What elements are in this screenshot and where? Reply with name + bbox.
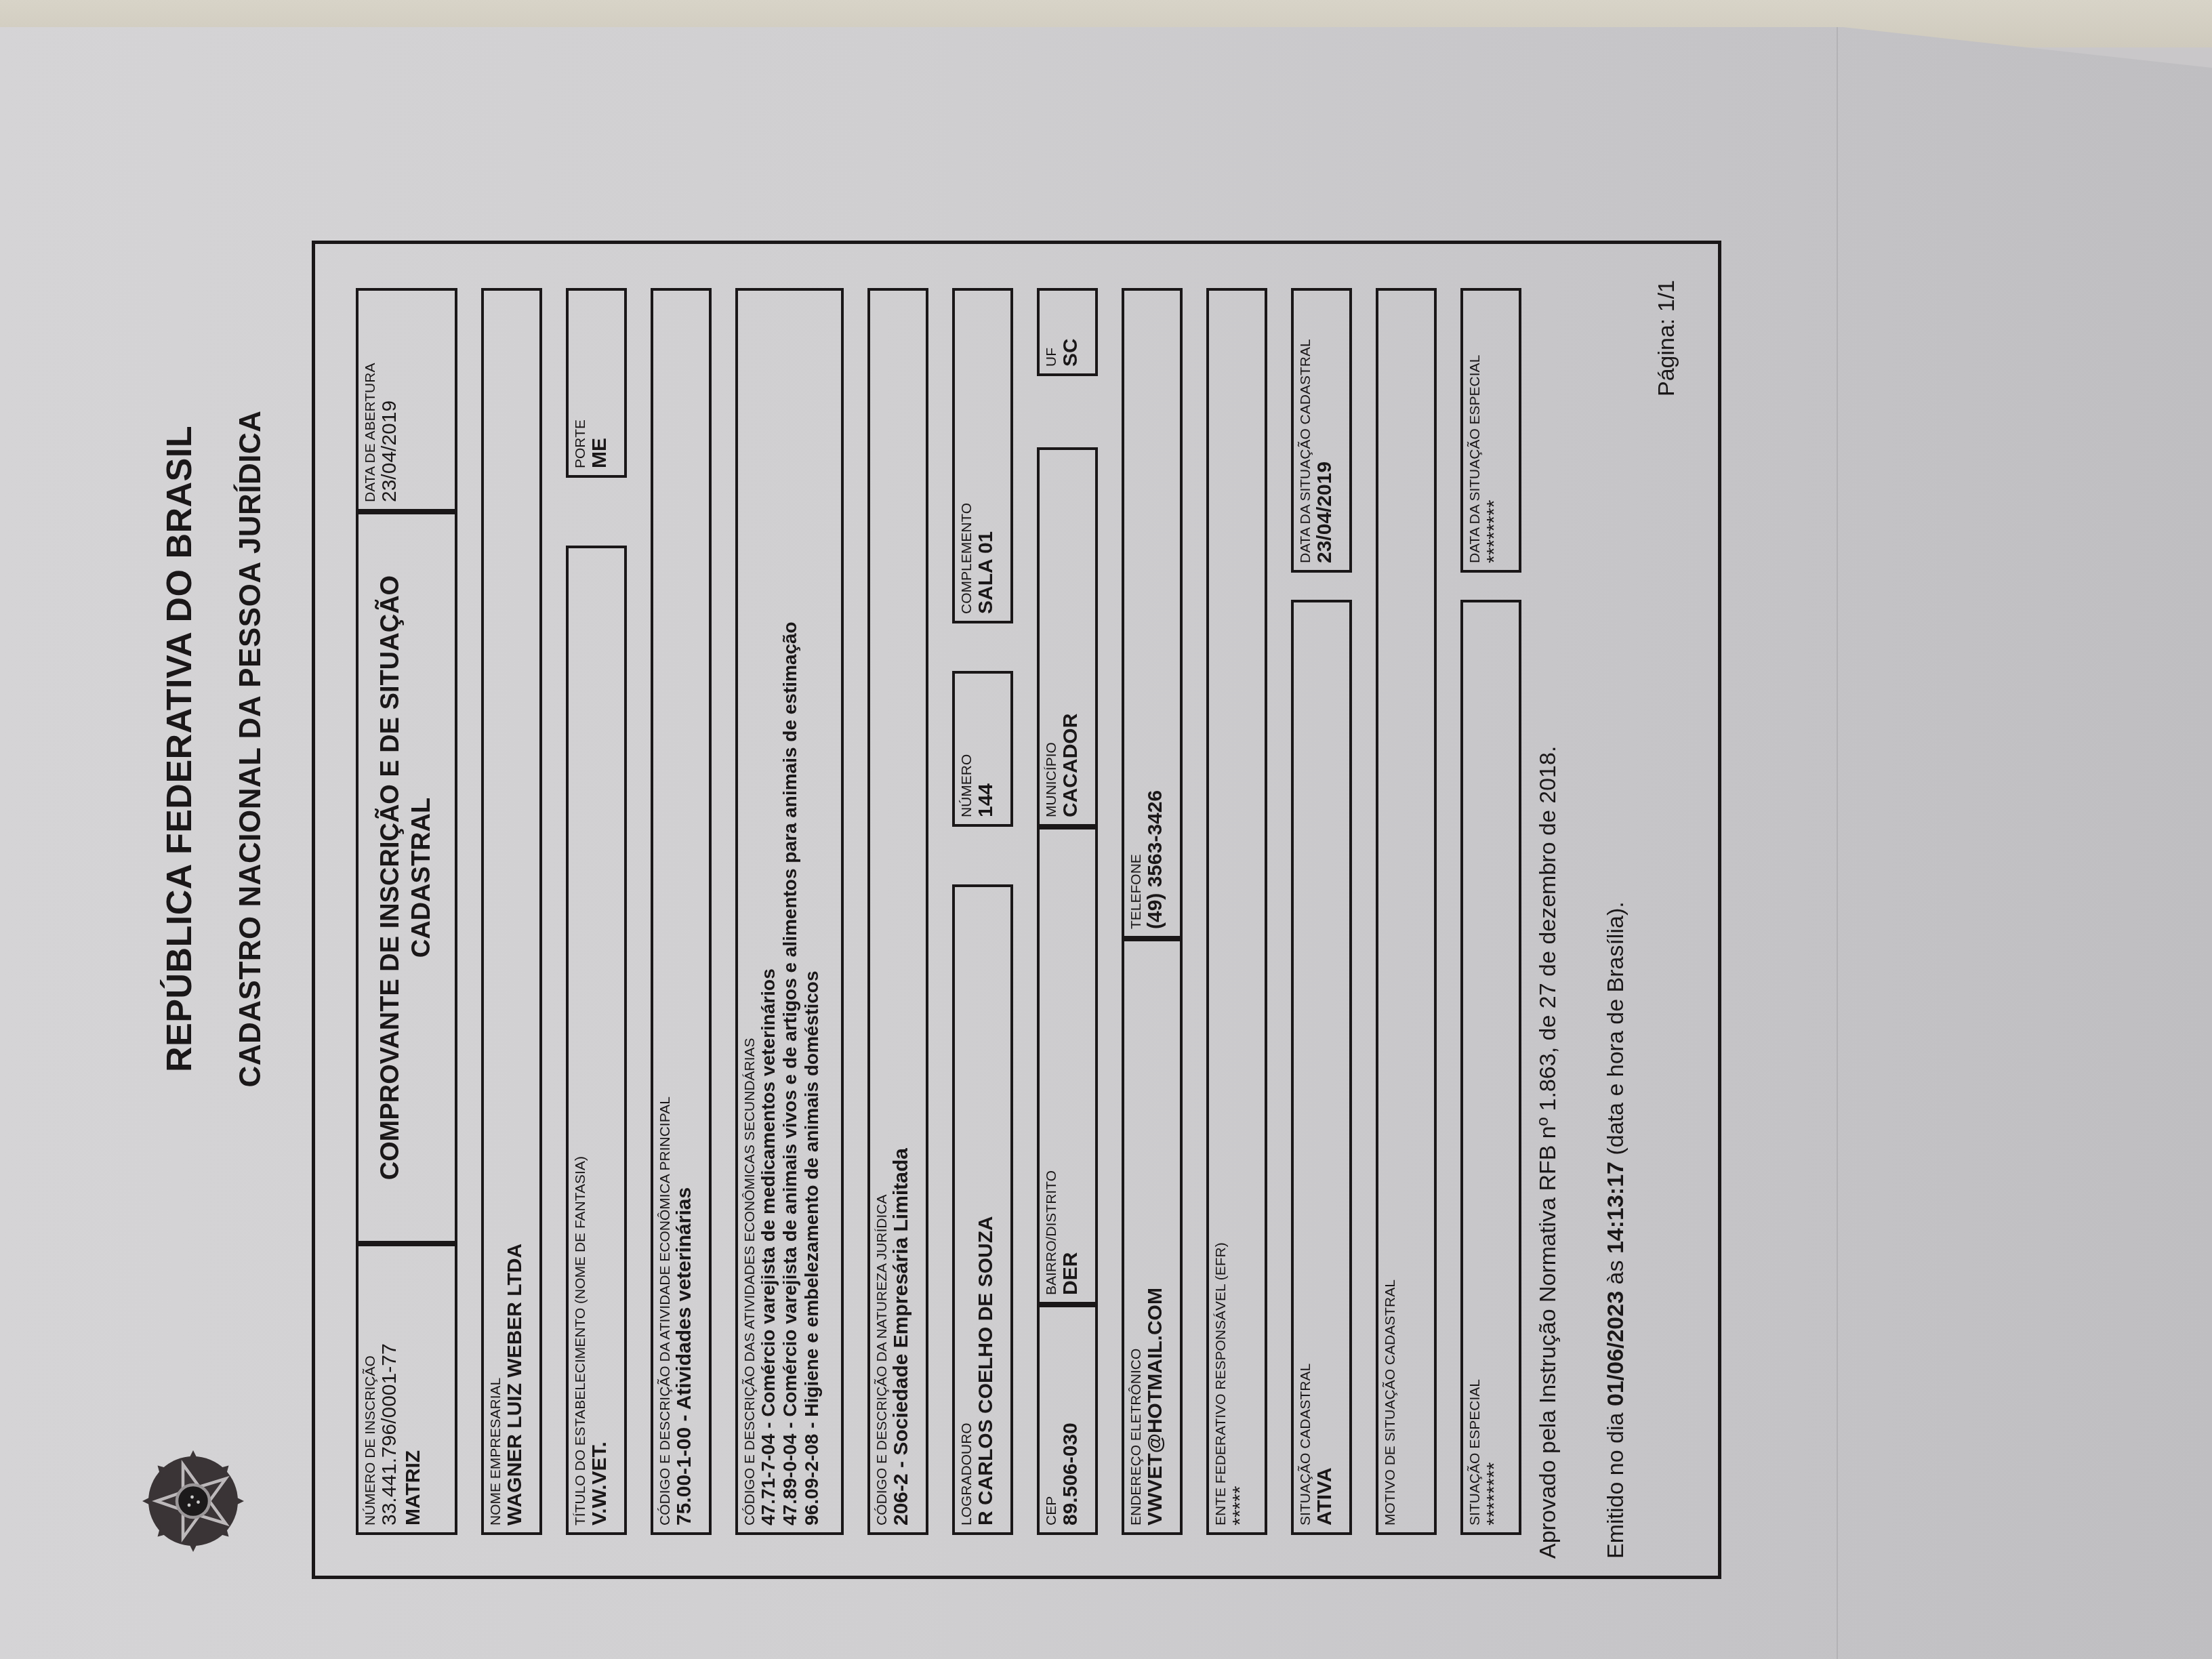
field-value: DER — [1059, 836, 1083, 1295]
field-natureza-juridica: CÓDIGO E DESCRIÇÃO DA NATUREZA JURÍDICA … — [867, 288, 928, 1535]
form-frame: NÚMERO DE INSCRIÇÃO 33.441.796/0001-77 M… — [312, 241, 1721, 1579]
status-value: ATIVA — [1313, 609, 1337, 1525]
field-value: ***** — [1229, 298, 1252, 1525]
field-municipio: MUNICÍPIO CACADOR — [1037, 447, 1098, 827]
secondary-activity-item: 47.71-7-04 - Comércio varejista de medic… — [758, 298, 779, 1525]
field-label: DATA DA SITUAÇÃO ESPECIAL — [1467, 298, 1483, 563]
registry-title: CADASTRO NACIONAL DA PESSOA JURÍDICA — [234, 61, 268, 1640]
field-label: DATA DA SITUAÇÃO CADASTRAL — [1298, 298, 1313, 563]
approval-note: Aprovado pela Instrução Normativa RFB nº… — [1535, 746, 1561, 1559]
emission-suffix: (data e hora de Brasília). — [1603, 901, 1629, 1162]
field-label: MOTIVO DE SITUAÇÃO CADASTRAL — [1382, 298, 1398, 1525]
page-number: Página: 1/1 — [1654, 280, 1680, 396]
paper-fold-line — [1837, 27, 1838, 1659]
field-label: NOME EMPRESARIAL — [488, 298, 504, 1525]
field-label: SITUAÇÃO CADASTRAL — [1298, 609, 1313, 1525]
country-title: REPÚBLICA FEDERATIVA DO BRASIL — [159, 61, 200, 1640]
field-value: CACADOR — [1059, 457, 1083, 817]
document-title-line2: CADASTRAL — [407, 798, 438, 958]
field-label: TÍTULO DO ESTABELECIMENTO (NOME DE FANTA… — [573, 555, 588, 1525]
field-value: 23/04/2019 — [378, 298, 402, 502]
field-telefone: TELEFONE (49) 3563-3426 — [1122, 288, 1183, 939]
field-value: 89.506-030 — [1059, 1314, 1083, 1525]
field-value: 75.00-1-00 - Atividades veterinárias — [673, 298, 697, 1525]
field-label: SITUAÇÃO ESPECIAL — [1467, 609, 1483, 1525]
field-data-situacao-especial: DATA DA SITUAÇÃO ESPECIAL ******** — [1460, 288, 1521, 573]
field-value: ******** — [1483, 298, 1507, 563]
field-uf: UF SC — [1037, 288, 1098, 376]
cnpj-document: REPÚBLICA FEDERATIVA DO BRASIL CADASTRO … — [27, 61, 1735, 1640]
field-value: SALA 01 — [975, 298, 998, 614]
field-label: TELEFONE — [1128, 298, 1144, 929]
field-label: PORTE — [573, 298, 588, 468]
field-atividades-secundarias: CÓDIGO E DESCRIÇÃO DAS ATIVIDADES ECONÔM… — [735, 288, 844, 1535]
field-value: VWVET@HOTMAIL.COM — [1144, 948, 1168, 1525]
field-label: DATA DE ABERTURA — [363, 298, 378, 502]
cnpj-number: 33.441.796/0001-77 — [378, 1253, 402, 1525]
field-situacao-cadastral: SITUAÇÃO CADASTRAL ATIVA — [1291, 600, 1352, 1535]
field-value: 23/04/2019 — [1313, 298, 1337, 563]
field-value: ME — [588, 298, 612, 468]
field-bairro: BAIRRO/DISTRITO DER — [1037, 827, 1098, 1305]
field-value: ******** — [1483, 609, 1507, 1525]
field-nome-empresarial: NOME EMPRESARIAL WAGNER LUIZ WEBER LTDA — [481, 288, 542, 1535]
field-value: WAGNER LUIZ WEBER LTDA — [504, 298, 527, 1525]
field-label: NÚMERO — [959, 680, 975, 817]
emission-note: Emitido no dia 01/06/2023 às 14:13:17 (d… — [1603, 901, 1629, 1559]
field-value: (49) 3563-3426 — [1144, 298, 1168, 929]
field-label: CÓDIGO E DESCRIÇÃO DA NATUREZA JURÍDICA — [874, 298, 890, 1525]
secondary-activity-item: 96.09-2-08 - Higiene e embelezamento de … — [801, 298, 823, 1525]
field-label: ENDEREÇO ELETRÔNICO — [1128, 948, 1144, 1525]
field-porte: PORTE ME — [566, 288, 627, 478]
field-label: COMPLEMENTO — [959, 298, 975, 614]
document-title-line1: COMPROVANTE DE INSCRIÇÃO E DE SITUAÇÃO — [375, 575, 407, 1180]
field-situacao-especial: SITUAÇÃO ESPECIAL ******** — [1460, 600, 1521, 1535]
field-label: LOGRADOURO — [959, 894, 975, 1525]
field-label: BAIRRO/DISTRITO — [1044, 836, 1059, 1295]
field-efr: ENTE FEDERATIVO RESPONSÁVEL (EFR) ***** — [1206, 288, 1267, 1535]
emission-date: 01/06/2023 — [1603, 1291, 1629, 1406]
emission-time: 14:13:17 — [1603, 1162, 1629, 1254]
document-title: COMPROVANTE DE INSCRIÇÃO E DE SITUAÇÃO C… — [356, 512, 457, 1244]
field-value: R CARLOS COELHO DE SOUZA — [975, 894, 998, 1525]
field-value: 206-2 - Sociedade Empresária Limitada — [890, 298, 914, 1525]
field-numero: NÚMERO 144 — [952, 671, 1013, 827]
emission-prefix: Emitido no dia — [1603, 1406, 1629, 1559]
field-label: MUNICÍPIO — [1044, 457, 1059, 817]
field-cep: CEP 89.506-030 — [1037, 1305, 1098, 1535]
field-data-situacao-cadastral: DATA DA SITUAÇÃO CADASTRAL 23/04/2019 — [1291, 288, 1352, 573]
field-label: ENTE FEDERATIVO RESPONSÁVEL (EFR) — [1213, 298, 1229, 1525]
field-complemento: COMPLEMENTO SALA 01 — [952, 288, 1013, 623]
field-label: CEP — [1044, 1314, 1059, 1525]
field-label: NÚMERO DE INSCRIÇÃO — [363, 1253, 378, 1525]
field-label: CÓDIGO E DESCRIÇÃO DA ATIVIDADE ECONÔMIC… — [657, 298, 673, 1525]
field-atividade-principal: CÓDIGO E DESCRIÇÃO DA ATIVIDADE ECONÔMIC… — [651, 288, 712, 1535]
emission-mid: às — [1603, 1254, 1629, 1291]
establishment-type: MATRIZ — [402, 1253, 426, 1525]
field-numero-inscricao: NÚMERO DE INSCRIÇÃO 33.441.796/0001-77 M… — [356, 1244, 457, 1535]
field-label: UF — [1044, 298, 1059, 367]
field-label: CÓDIGO E DESCRIÇÃO DAS ATIVIDADES ECONÔM… — [742, 298, 758, 1525]
field-value: 144 — [975, 680, 998, 817]
field-email: ENDEREÇO ELETRÔNICO VWVET@HOTMAIL.COM — [1122, 939, 1183, 1535]
field-logradouro: LOGRADOURO R CARLOS COELHO DE SOUZA — [952, 884, 1013, 1535]
secondary-activity-item: 47.89-0-04 - Comércio varejista de anima… — [779, 298, 801, 1525]
field-titulo-estabelecimento: TÍTULO DO ESTABELECIMENTO (NOME DE FANTA… — [566, 546, 627, 1535]
field-value: SC — [1059, 298, 1083, 367]
field-value: V.W.VET. — [588, 555, 612, 1525]
field-motivo-situacao: MOTIVO DE SITUAÇÃO CADASTRAL — [1376, 288, 1437, 1535]
field-data-abertura: DATA DE ABERTURA 23/04/2019 — [356, 288, 457, 512]
